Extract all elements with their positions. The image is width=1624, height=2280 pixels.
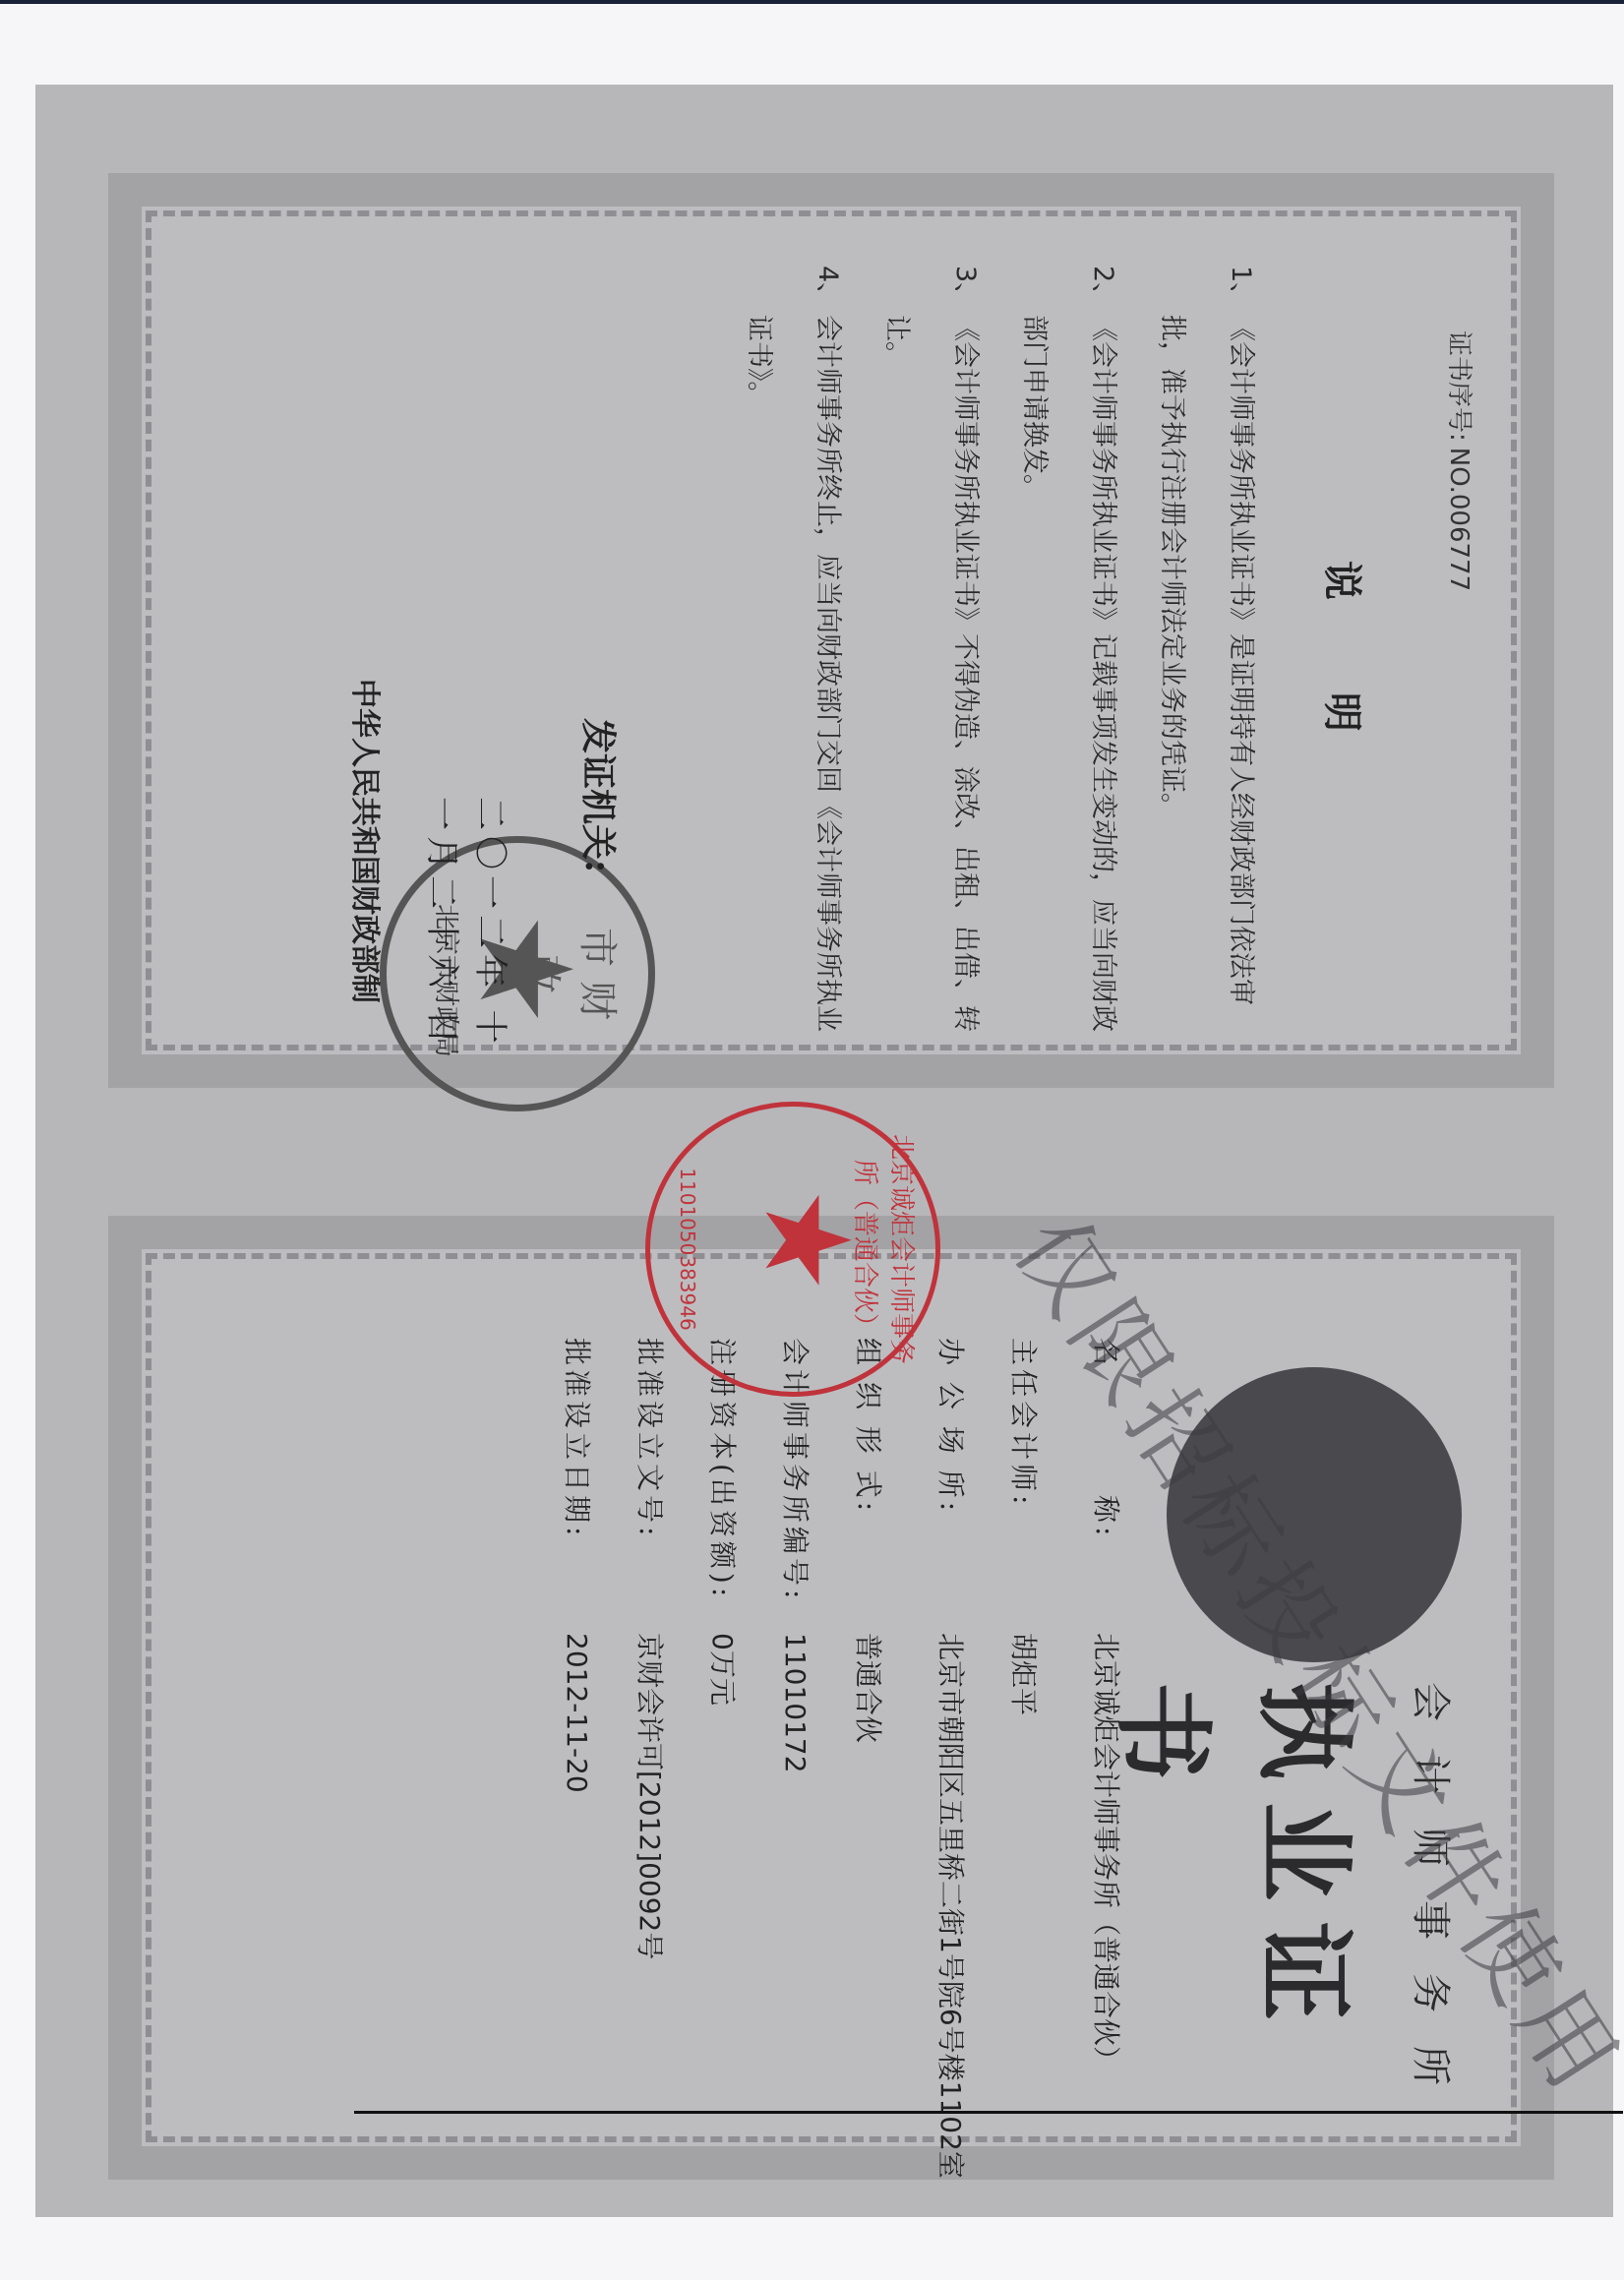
serial-number: 证书序号:NO.006777	[1443, 325, 1479, 591]
instructions-panel: 证书序号:NO.006777 说 明 1、《会计师事务所执业证书》是证明持有人经…	[108, 173, 1554, 1088]
certificate-spread: 证书序号:NO.006777 说 明 1、《会计师事务所执业证书》是证明持有人经…	[35, 85, 1613, 2217]
instructions-list: 1、《会计师事务所执业证书》是证明持有人经财政部门依法审批，准予执行注册会计师法…	[724, 266, 1275, 1052]
scan-line	[354, 2111, 1623, 2114]
scanned-certificate: 证书序号:NO.006777 说 明 1、《会计师事务所执业证书》是证明持有人经…	[35, 85, 1613, 2217]
firm-seal: 北京诚炬会计师事务所（普通合伙） ★ 1101050383946	[645, 1102, 940, 1397]
field-chief-accountant: 主任会计师:胡炬平	[1001, 1338, 1045, 2184]
field-org-form: 组 织 形 式:普通合伙	[846, 1338, 889, 2184]
serial-label: 证书序号:	[1444, 330, 1474, 442]
field-firm-number: 会计师事务所编号:11010172	[773, 1338, 816, 2184]
instruction-item: 3、《会计师事务所执业证书》不得伪造、涂改、出租、出借、转让。	[862, 266, 999, 1052]
issuer-label: 发证机关:	[575, 718, 626, 872]
field-registered-capital: 注册资本(出资额):0万元	[700, 1338, 744, 2184]
instruction-item: 4、会计师事务所终止，应当向财政部门交回《会计师事务所执业证书》。	[724, 266, 862, 1052]
scan-top-edge	[0, 0, 1624, 4]
star-icon: ★	[747, 1187, 865, 1293]
serial-value: NO.006777	[1444, 448, 1474, 591]
instruction-item: 2、《会计师事务所执业证书》记载事项发生变动的，应当向财政部门申请换发。	[999, 266, 1137, 1052]
issue-date: 二〇一二年 十一月二十六 日	[421, 797, 517, 1054]
instructions-heading: 说 明	[1317, 561, 1373, 771]
certificate-fields: 名 称:北京诚炬会计师事务所（普通合伙） 主任会计师:胡炬平 办 公 场 所:北…	[525, 1338, 1127, 2184]
instruction-item: 1、《会计师事务所执业证书》是证明持有人经财政部门依法审批，准予执行注册会计师法…	[1137, 266, 1275, 1052]
field-name: 名 称:北京诚炬会计师事务所（普通合伙）	[1084, 1338, 1127, 2184]
field-office-address: 办 公 场 所:北京市朝阳区五里桥二街1号院6号楼1102室	[929, 1338, 972, 2184]
maker-line: 中华人民共和国财政部制	[346, 679, 390, 1003]
field-approval-date: 批准设立日期:2012-11-20	[555, 1338, 598, 2184]
field-approval-doc: 批准设立文号:京财会许可[2012]0092号	[628, 1338, 671, 2184]
